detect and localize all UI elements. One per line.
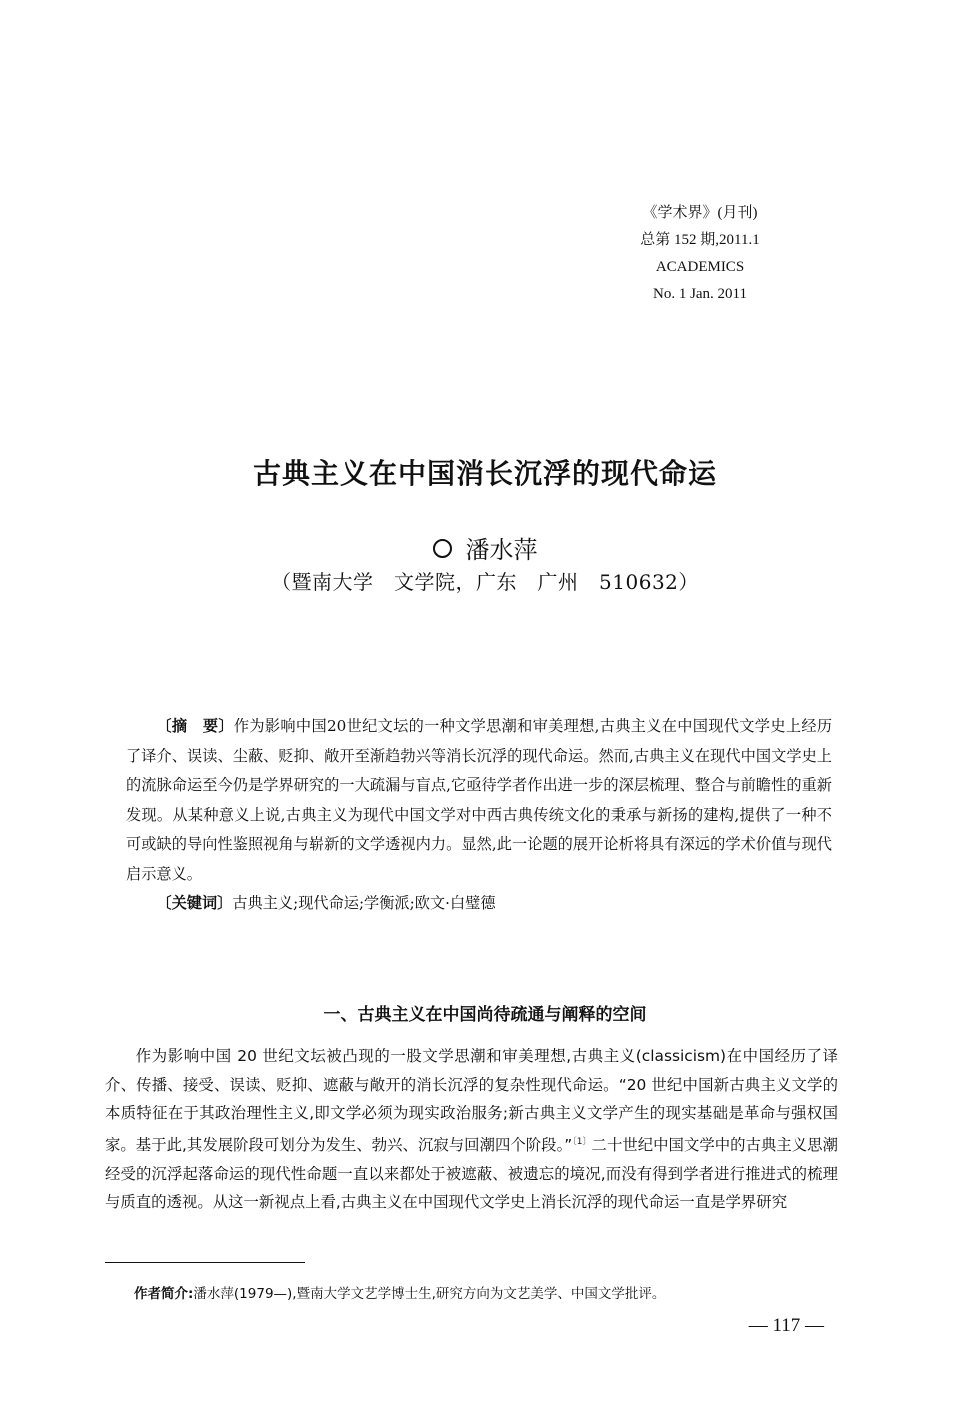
journal-issue: 总第 152 期,2011.1: [610, 227, 790, 254]
article-title: 古典主义在中国消长沉浮的现代命运: [0, 452, 970, 492]
footnote-text: 潘水萍(1979—),暨南大学文艺学博士生,研究方向为文艺美学、中国文学批评。: [193, 1286, 665, 1302]
affiliation: （暨南大学 文学院，广东 广州 510632）: [0, 566, 970, 595]
footnote-divider: [105, 1262, 305, 1263]
footnote-label: 作者简介:: [134, 1286, 193, 1302]
keywords-text: 古典主义;现代命运;学衡派;欧文·白璧德: [232, 894, 495, 912]
abstract-paragraph: 〔摘 要〕作为影响中国20世纪文坛的一种文学思潮和审美理想,古典主义在中国现代文…: [126, 712, 832, 889]
keywords-label: 〔关键词〕: [156, 894, 232, 912]
author-footnote: 作者简介:潘水萍(1979—),暨南大学文艺学博士生,研究方向为文艺美学、中国文…: [134, 1282, 665, 1302]
journal-issue-english: No. 1 Jan. 2011: [610, 281, 790, 308]
abstract-text: 作为影响中国20世纪文坛的一种文学思潮和审美理想,古典主义在中国现代文学史上经历…: [126, 717, 832, 883]
circle-icon: [433, 539, 452, 558]
journal-info: 《学术界》(月刊) 总第 152 期,2011.1 ACADEMICS No. …: [610, 200, 790, 308]
journal-name: 《学术界》(月刊): [610, 200, 790, 227]
abstract-label: 〔摘 要〕: [156, 717, 234, 735]
abstract-block: 〔摘 要〕作为影响中国20世纪文坛的一种文学思潮和审美理想,古典主义在中国现代文…: [126, 712, 832, 919]
journal-english-name: ACADEMICS: [610, 254, 790, 281]
keywords-line: 〔关键词〕古典主义;现代命运;学衡派;欧文·白璧德: [126, 889, 832, 919]
body-text: 作为影响中国 20 世纪文坛被凸现的一股文学思潮和审美理想,古典主义(class…: [105, 1042, 838, 1217]
page-number: — 117 —: [749, 1315, 824, 1337]
body-paragraph: 作为影响中国 20 世纪文坛被凸现的一股文学思潮和审美理想,古典主义(class…: [105, 1042, 838, 1217]
section-heading: 一、古典主义在中国尚待疏通与阐释的空间: [0, 1000, 970, 1025]
author-name: 潘水萍: [466, 536, 538, 564]
citation-ref[interactable]: 〔1〕: [572, 1137, 591, 1147]
author-line: 潘水萍: [0, 530, 970, 565]
